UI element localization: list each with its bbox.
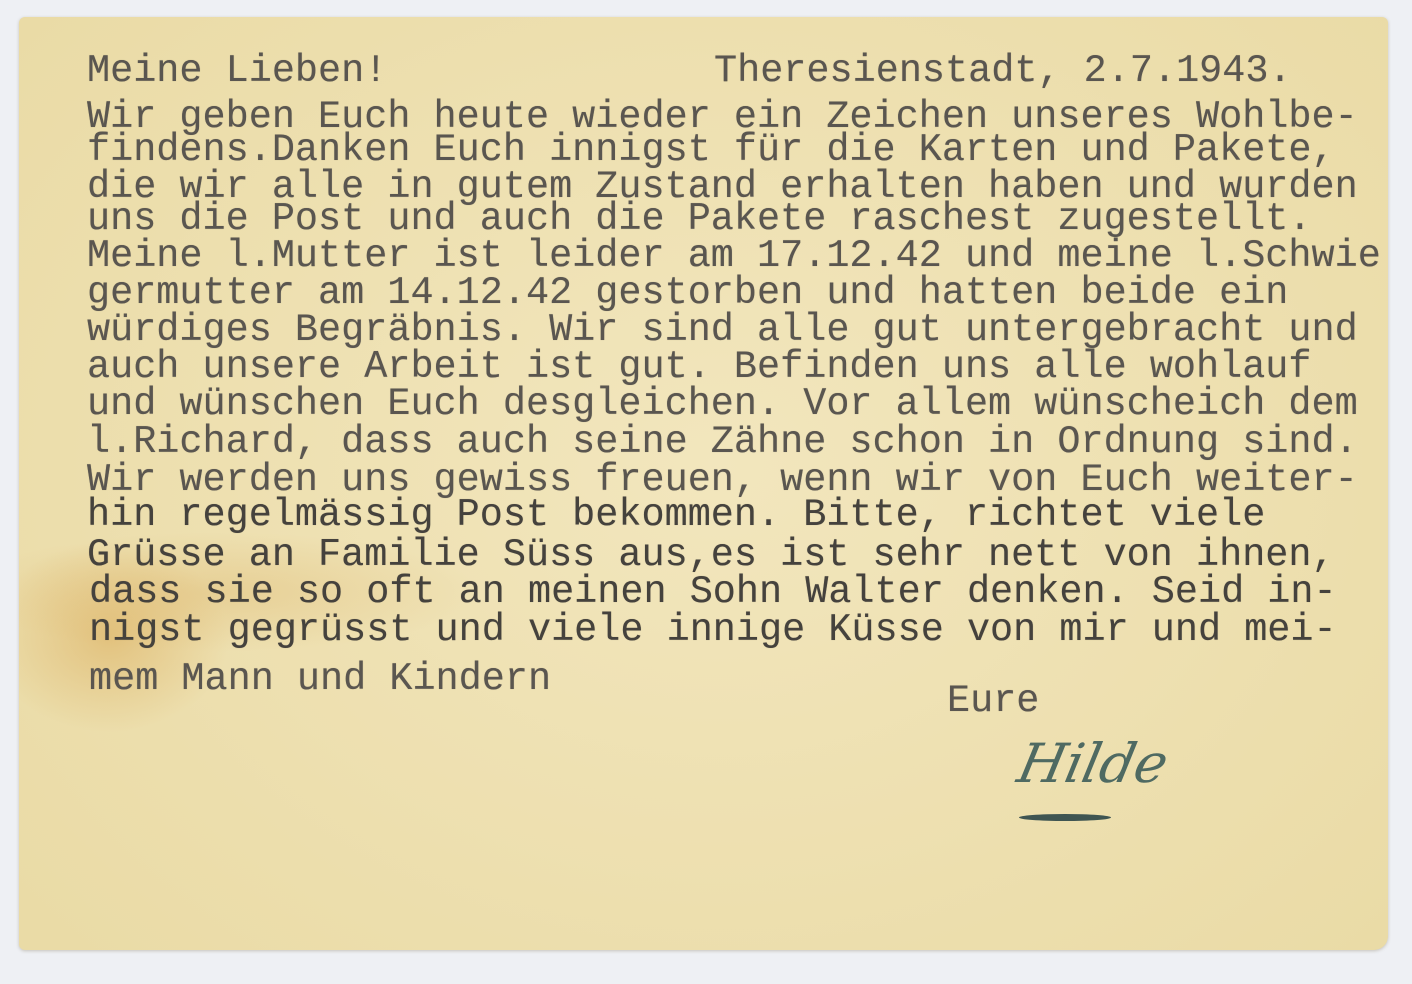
body-line: Meine l.Mutter ist leider am 17.12.42 un… bbox=[87, 236, 1381, 276]
body-line: und wünschen Euch desgleichen. Vor allem… bbox=[87, 384, 1358, 424]
signature: Hilde bbox=[1012, 732, 1174, 795]
body-line: hin regelmässig Post bekommen. Bitte, ri… bbox=[87, 495, 1265, 535]
body-line: dass sie so oft an meinen Sohn Walter de… bbox=[89, 572, 1337, 612]
body-line: uns die Post und auch die Pakete rasches… bbox=[87, 199, 1312, 239]
body-line: auch unsere Arbeit ist gut. Befinden uns… bbox=[87, 347, 1312, 387]
signature-underline bbox=[1019, 814, 1111, 821]
body-line: nigst gegrüsst und viele innige Küsse vo… bbox=[89, 610, 1337, 650]
body-line: mem Mann und Kindern bbox=[89, 659, 551, 699]
body-line: findens.Danken Euch innigst für die Kart… bbox=[87, 130, 1335, 170]
body-line: germutter am 14.12.42 gestorben und hatt… bbox=[87, 273, 1288, 313]
body-line: würdiges Begräbnis. Wir sind alle gut un… bbox=[87, 310, 1358, 350]
body-line: Grüsse an Familie Süss aus,es ist sehr n… bbox=[87, 535, 1335, 575]
closing: Eure bbox=[947, 681, 1039, 721]
salutation: Meine Lieben! bbox=[87, 51, 387, 91]
place-date: Theresienstadt, 2.7.1943. bbox=[714, 51, 1292, 91]
postcard: Meine Lieben! Theresienstadt, 2.7.1943. … bbox=[19, 17, 1388, 950]
body-line: l.Richard, dass auch seine Zähne schon i… bbox=[87, 422, 1358, 462]
